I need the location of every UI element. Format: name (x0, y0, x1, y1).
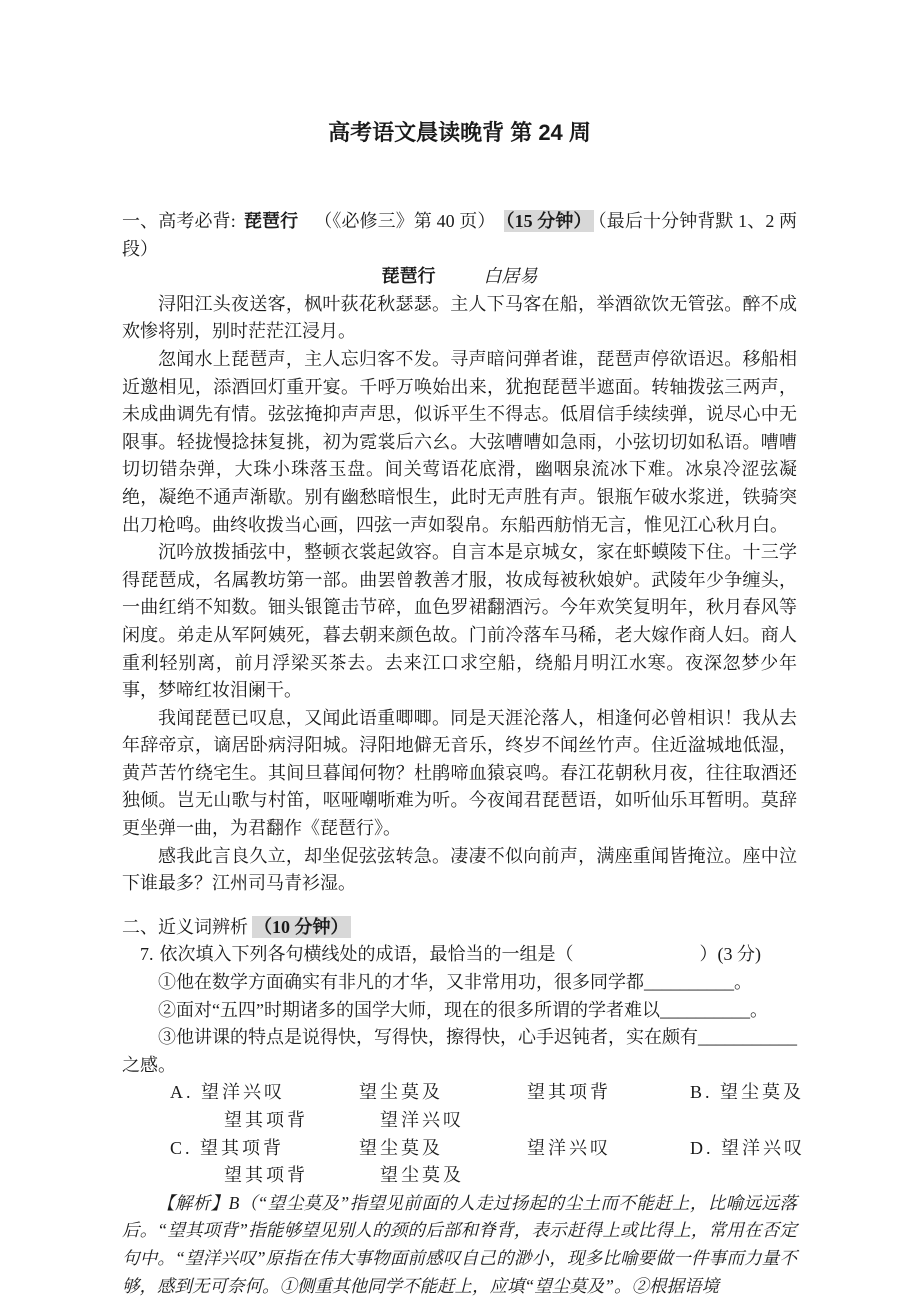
question-stem: 依次填入下列各句横线处的成语，最恰当的一组是（ ）(3 分) (160, 944, 762, 964)
section-1-label: 一、高考必背: (122, 211, 236, 231)
option-d-word-3: 望尘莫及 (380, 1162, 464, 1190)
option-c: C. 望其项背 (170, 1135, 284, 1163)
section-2-heading: 二、近义词辨析（10 分钟） (122, 914, 797, 942)
options-row-2: 望其项背 望洋兴叹 (122, 1107, 797, 1135)
poem-title: 琵琶行 (382, 266, 436, 286)
document-page: 高考语文晨读晚背 第 24 周 一、高考必背:琵琶行（《必修三》第 40 页）（… (0, 0, 920, 1302)
options-row-4: 望其项背 望尘莫及 (122, 1162, 797, 1190)
option-b: B. 望尘莫及 (690, 1079, 804, 1107)
poem-paragraph: 沉吟放拨插弦中，整顿衣裳起敛容。自言本是京城女，家在虾蟆陵下住。十三学得琵琶成，… (122, 539, 797, 705)
option-b-word-2: 望其项背 (224, 1107, 308, 1135)
option-c-word-2: 望尘莫及 (359, 1135, 443, 1163)
page-title: 高考语文晨读晚背 第 24 周 (122, 118, 797, 148)
answer-analysis: 【解析】B（“望尘莫及”指望见前面的人走过扬起的尘土而不能赶上，比喻远远落后。“… (122, 1190, 797, 1300)
section-1-time-badge: （15 分钟） (504, 210, 594, 232)
section-2-label: 二、近义词辨析 (122, 917, 248, 937)
poem-paragraph: 浔阳江头夜送客，枫叶荻花秋瑟瑟。主人下马客在船，举酒欲饮无管弦。醉不成欢惨将别，… (122, 291, 797, 346)
option-a-word-3: 望其项背 (527, 1079, 611, 1107)
option-d-word-2: 望其项背 (224, 1162, 308, 1190)
question-item-3: ③他讲课的特点是说得快，写得快，擦得快，心手迟钝者，实在颇有__________… (122, 1024, 797, 1079)
options-row-1: A. 望洋兴叹 望尘莫及 望其项背 B. 望尘莫及 (122, 1079, 797, 1107)
poem-paragraph: 感我此言良久立，却坐促弦弦转急。凄凄不似向前声，满座重闻皆掩泣。座中泣下谁最多？… (122, 843, 797, 898)
question-7-stem-line: 7.依次填入下列各句横线处的成语，最恰当的一组是（ ）(3 分) (122, 941, 797, 969)
option-a: A. 望洋兴叹 (170, 1079, 285, 1107)
question-item-2: ②面对“五四”时期诸多的国学大师，现在的很多所谓的学者难以__________。 (122, 997, 797, 1025)
poem-author: 白居易 (484, 266, 538, 286)
option-d: D. 望洋兴叹 (690, 1135, 805, 1163)
poem-title-line: 琵琶行白居易 (122, 263, 797, 291)
question-item-1: ①他在数学方面确实有非凡的才华，又非常用功，很多同学都__________。 (122, 969, 797, 997)
section-1-heading: 一、高考必背:琵琶行（《必修三》第 40 页）（15 分钟）（最后十分钟背默 1… (122, 208, 797, 263)
poem-paragraph: 我闻琵琶已叹息，又闻此语重唧唧。同是天涯沦落人，相逢何必曾相识！我从去年辞帝京，… (122, 705, 797, 843)
options-row-3: C. 望其项背 望尘莫及 望洋兴叹 D. 望洋兴叹 (122, 1135, 797, 1163)
section-1-source: （《必修三》第 40 页） (314, 211, 495, 231)
section-2-time-badge: （10 分钟） (252, 916, 351, 938)
option-a-word-2: 望尘莫及 (359, 1079, 443, 1107)
poem-paragraph: 忽闻水上琵琶声，主人忘归客不发。寻声暗问弹者谁，琵琶声停欲语迟。移船相近邀相见，… (122, 346, 797, 539)
question-number: 7. (140, 944, 154, 964)
section-1-poem-name: 琵琶行 (244, 211, 298, 231)
option-c-word-3: 望洋兴叹 (527, 1135, 611, 1163)
poem-body: 浔阳江头夜送客，枫叶荻花秋瑟瑟。主人下马客在船，举酒欲饮无管弦。醉不成欢惨将别，… (122, 291, 797, 898)
option-b-word-3: 望洋兴叹 (380, 1107, 464, 1135)
